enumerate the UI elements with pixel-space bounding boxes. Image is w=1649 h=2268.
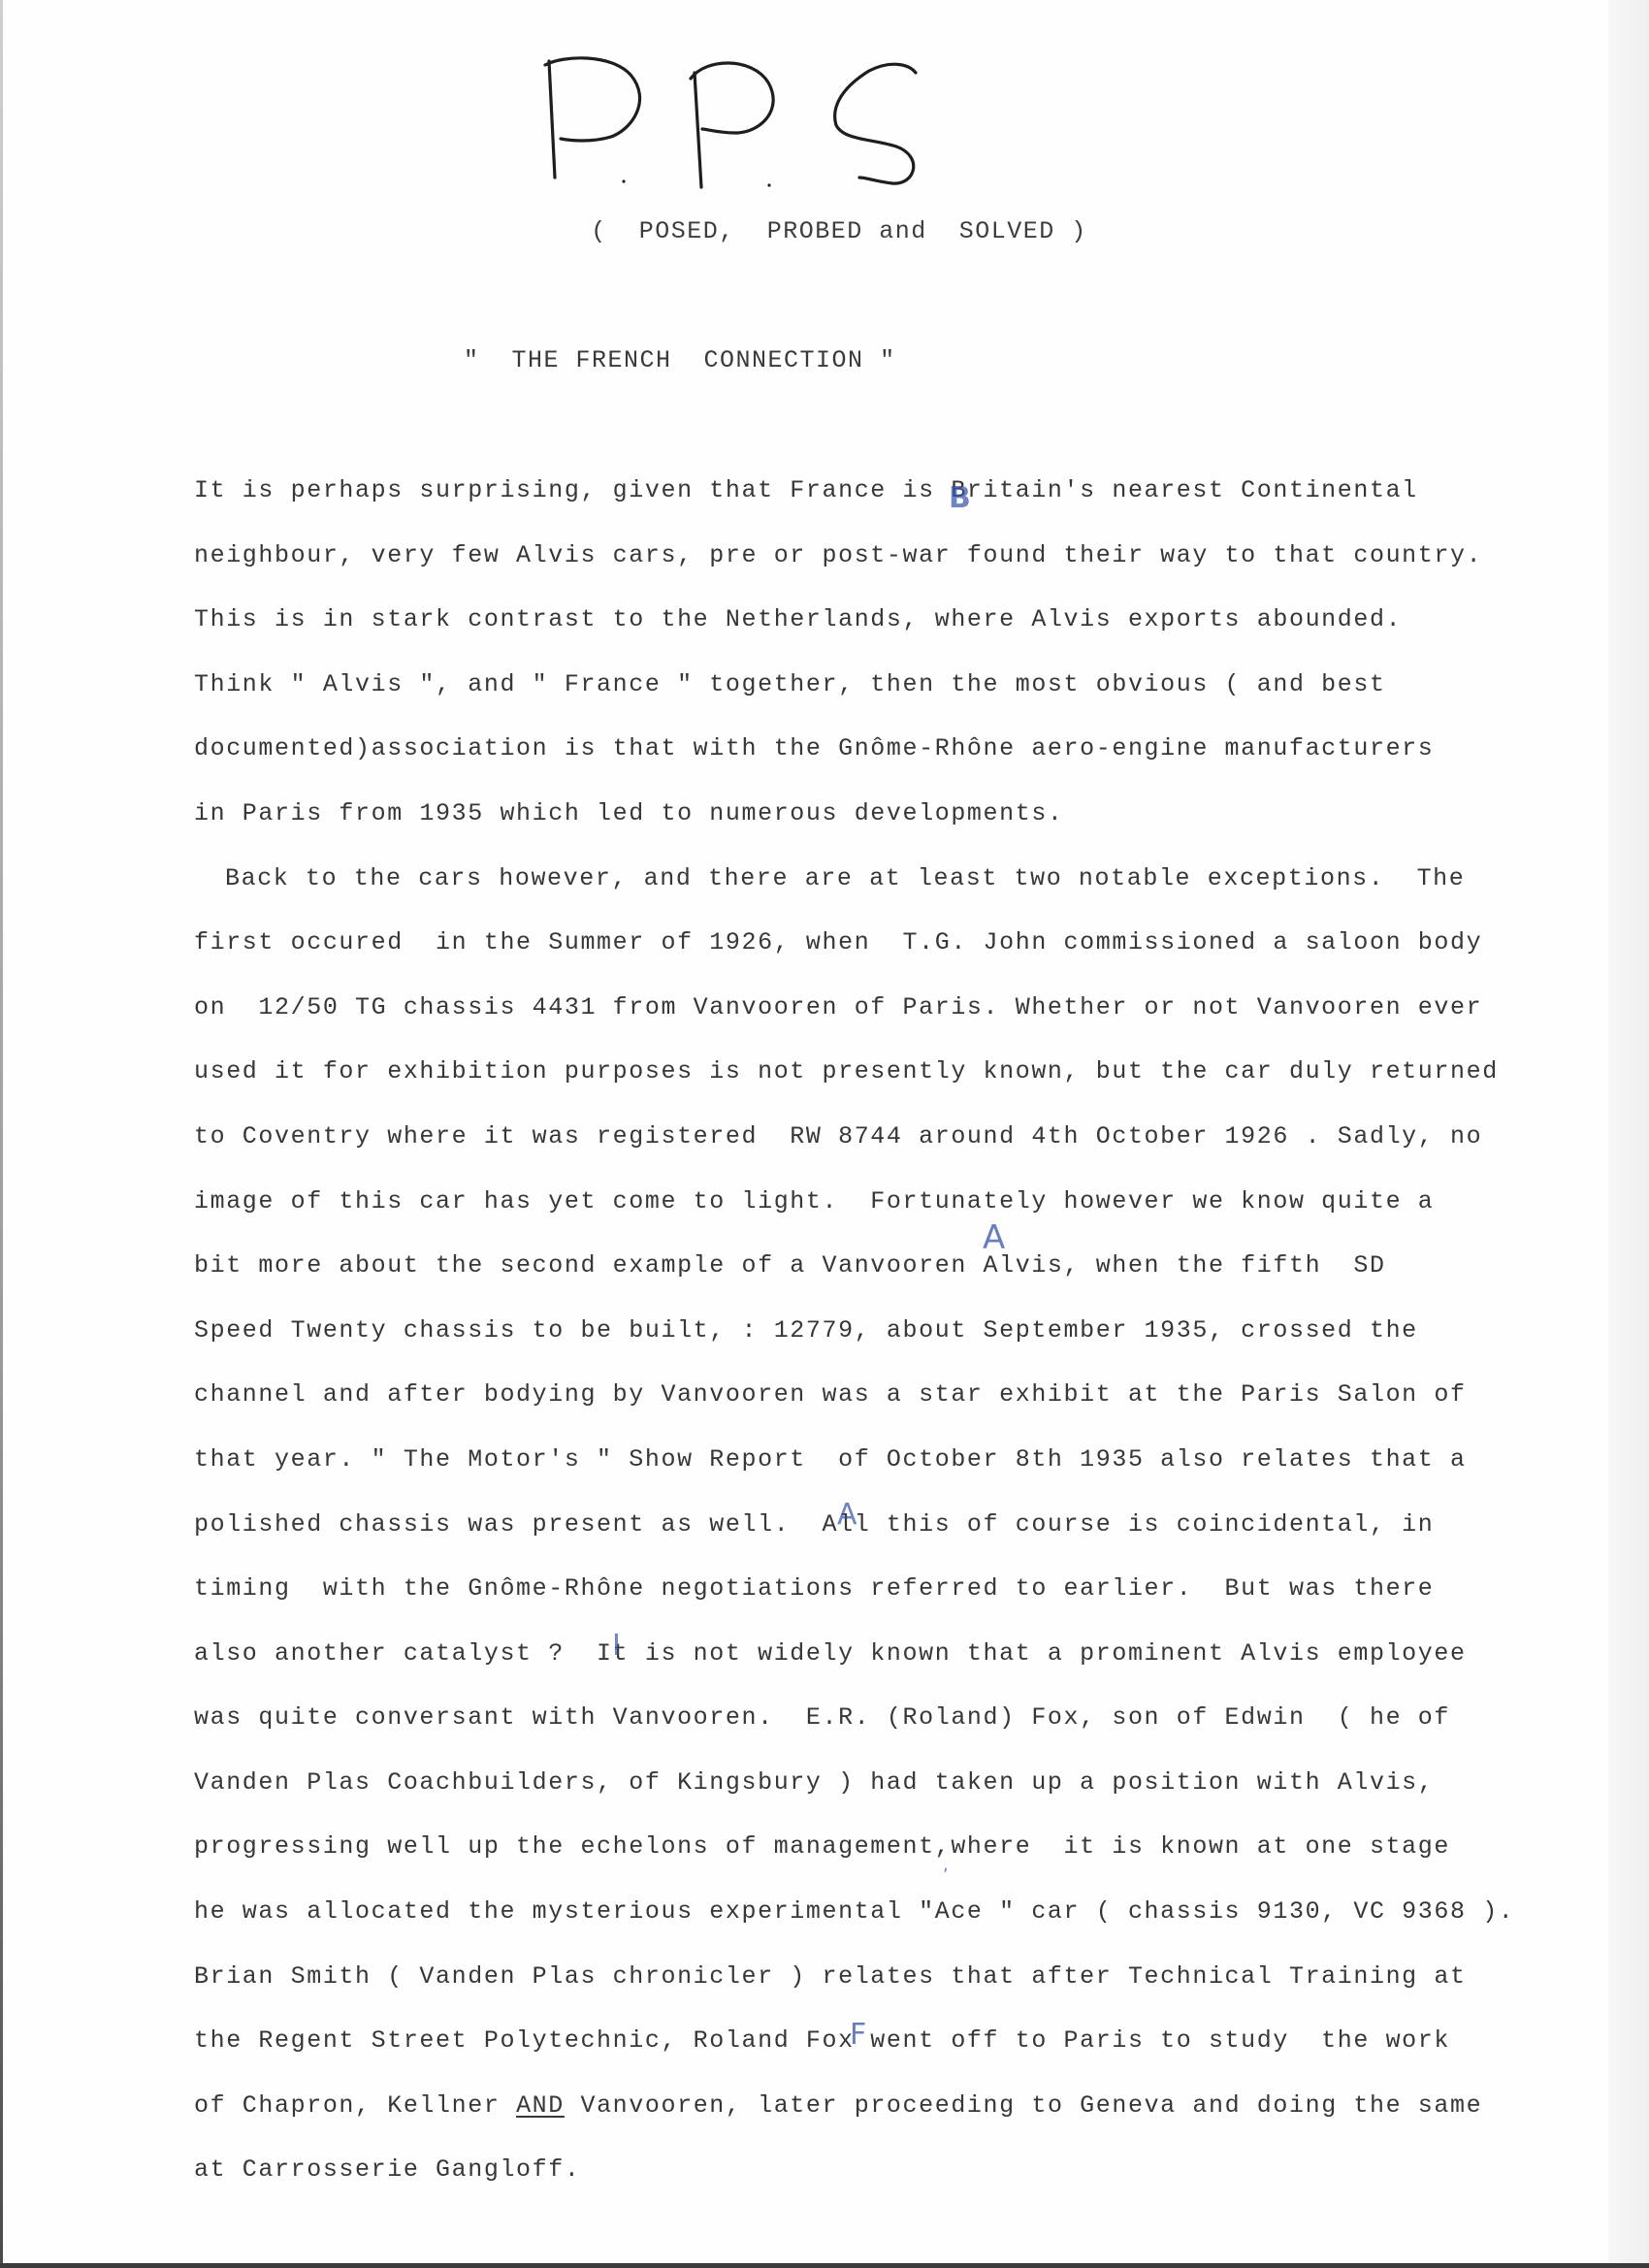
text-line: documented)association is that with the … — [194, 729, 1552, 794]
text-line: was quite conversant with Vanvooren. E.R… — [194, 1699, 1552, 1764]
text-line: It is perhaps surprising, given that Fra… — [194, 471, 1552, 536]
text-line: at Carrosserie Gangloff. — [194, 2151, 1552, 2216]
text-line: bit more about the second example of a V… — [194, 1247, 1552, 1312]
text-line: used it for exhibition purposes is not p… — [194, 1053, 1552, 1118]
scan-edge-right — [1608, 0, 1649, 2268]
handwritten-title — [524, 53, 970, 189]
subtitle: ( POSED, PROBED and SOLVED ) — [0, 217, 1649, 245]
text-line: he was allocated the mysterious experime… — [194, 1893, 1552, 1958]
document-page: ( POSED, PROBED and SOLVED ) " THE FRENC… — [0, 0, 1649, 2268]
text-line: in Paris from 1935 which led to numerous… — [194, 794, 1552, 859]
scan-edge-left — [0, 0, 3, 2268]
text-line-content: Back to the cars however, and there are … — [225, 864, 1465, 892]
text-line-with-underline: of Chapron, Kellner AND Vanvooren, later… — [194, 2087, 1552, 2152]
text-line: image of this car has yet come to light.… — [194, 1183, 1552, 1247]
text-line: timing with the Gnôme-Rhône negotiations… — [194, 1570, 1552, 1635]
text-line: neighbour, very few Alvis cars, pre or p… — [194, 536, 1552, 601]
text-segment: Vanvooren, later proceeding to Geneva an… — [565, 2091, 1482, 2120]
text-line: Think " Alvis ", and " France " together… — [194, 665, 1552, 730]
text-line: Speed Twenty chassis to be built, : 1277… — [194, 1312, 1552, 1377]
text-line: Brian Smith ( Vanden Plas chronicler ) r… — [194, 1958, 1552, 2023]
text-line: first occured in the Summer of 1926, whe… — [194, 923, 1552, 988]
text-line: to Coventry where it was registered RW 8… — [194, 1118, 1552, 1183]
underlined-emphasis: AND — [516, 2091, 565, 2120]
text-line: This is in stark contrast to the Netherl… — [194, 600, 1552, 665]
text-line: channel and after bodying by Vanvooren w… — [194, 1376, 1552, 1441]
text-line: polished chassis was present as well. Al… — [194, 1506, 1552, 1571]
text-segment: of Chapron, Kellner — [194, 2091, 516, 2120]
article-body: It is perhaps surprising, given that Fra… — [194, 471, 1552, 2216]
scan-edge-bottom — [0, 2263, 1649, 2268]
text-line: the Regent Street Polytechnic, Roland Fo… — [194, 2022, 1552, 2087]
text-line: that year. " The Motor's " Show Report o… — [194, 1441, 1552, 1506]
text-line: on 12/50 TG chassis 4431 from Vanvooren … — [194, 988, 1552, 1053]
text-line-indented: Back to the cars however, and there are … — [194, 859, 1552, 924]
text-line: Vanden Plas Coachbuilders, of Kingsbury … — [194, 1764, 1552, 1829]
text-line: progressing well up the echelons of mana… — [194, 1828, 1552, 1893]
article-heading: " THE FRENCH CONNECTION " — [464, 346, 896, 374]
text-line: also another catalyst ? It is not widely… — [194, 1635, 1552, 1700]
